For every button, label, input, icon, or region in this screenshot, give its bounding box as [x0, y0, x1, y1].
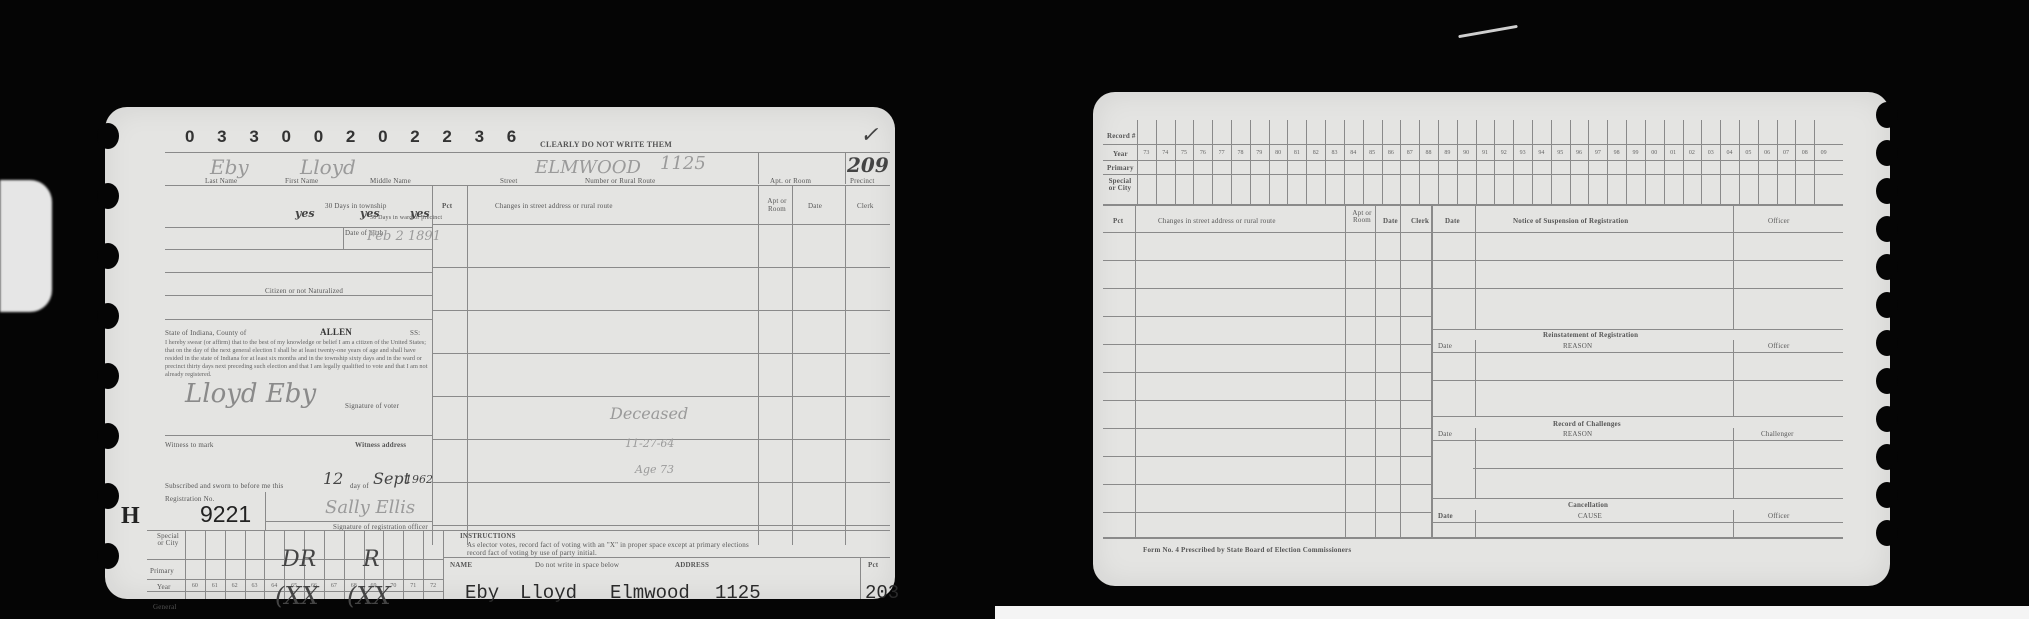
- back-changes-header-date: Date: [1383, 217, 1398, 225]
- punch-hole: [1876, 140, 1898, 166]
- general-mark-67-68: (XX: [347, 582, 391, 610]
- subscribed-day: 12: [323, 469, 343, 488]
- voter-signature: Lloyd Eby: [185, 379, 316, 409]
- reinstatement-header-officer: Officer: [1768, 342, 1789, 350]
- vote-row-year: Year: [157, 583, 171, 591]
- back-year-84: 84: [1344, 150, 1363, 156]
- back-year-98: 98: [1607, 150, 1626, 156]
- grid-row-record: Record #: [1107, 132, 1136, 140]
- grid-row-primary: Primary: [1107, 164, 1134, 172]
- challenges-title: Record of Challenges: [1553, 420, 1621, 428]
- changes-note-age: Age 73: [635, 463, 674, 476]
- suspension-header-date: Date: [1445, 217, 1460, 225]
- vote-row-primary: Primary: [150, 567, 174, 575]
- instructions-line2: record fact of voting by use of party in…: [467, 549, 597, 557]
- punch-hole: [97, 183, 119, 209]
- reinstatement-header-reason: REASON: [1563, 342, 1592, 350]
- voting-year-67: 67: [324, 583, 344, 589]
- punch-hole: [97, 543, 119, 569]
- general-mark-63-64: (XX: [275, 582, 319, 610]
- back-changes-header-address: Changes in street address or rural route: [1158, 217, 1276, 225]
- label-day-of: day of: [350, 482, 369, 490]
- back-year-83: 83: [1325, 150, 1344, 156]
- subscribed-year: 1962: [405, 473, 433, 486]
- back-year-95: 95: [1551, 150, 1570, 156]
- primary-mark-63: DR: [282, 547, 316, 572]
- footer-last-name: Eby: [465, 582, 499, 604]
- back-year-09: 09: [1814, 150, 1833, 156]
- viewer-bottom-strip: [995, 606, 2029, 619]
- back-year-91: 91: [1476, 150, 1495, 156]
- residence-answer-state: yes: [295, 207, 315, 220]
- footer-number: 1125: [715, 582, 761, 604]
- last-name-value: Eby: [210, 155, 249, 179]
- back-changes-header-pct: Pct: [1113, 217, 1123, 225]
- punch-hole: [97, 303, 119, 329]
- precinct-value: 209: [847, 153, 889, 177]
- back-year-02: 02: [1683, 150, 1702, 156]
- voting-year-71: 71: [403, 583, 423, 589]
- header-instruction: CLEARLY DO NOT WRITE THEM: [540, 140, 672, 149]
- registration-prefix: H: [121, 503, 140, 530]
- punch-hole: [1876, 406, 1898, 432]
- back-year-07: 07: [1777, 150, 1796, 156]
- cancellation-header-cause: CAUSE: [1578, 512, 1602, 520]
- punch-hole: [97, 123, 119, 149]
- back-year-90: 90: [1457, 150, 1476, 156]
- challenges-header-reason: REASON: [1563, 430, 1592, 438]
- back-year-89: 89: [1438, 150, 1457, 156]
- punch-hole: [97, 243, 119, 269]
- footer-label-pct: Pct: [868, 561, 878, 569]
- primary-mark-68: R: [363, 547, 380, 572]
- punch-hole: [1876, 482, 1898, 508]
- label-witness-address: Witness address: [355, 441, 406, 449]
- back-year-05: 05: [1739, 150, 1758, 156]
- card-serial-number: 0 3 3 0 0 2 0 2 2 3 6: [185, 127, 525, 147]
- punch-hole: [97, 363, 119, 389]
- back-year-87: 87: [1400, 150, 1419, 156]
- back-year-75: 75: [1175, 150, 1194, 156]
- punch-hole: [1876, 178, 1898, 204]
- form-footer: Form No. 4 Prescribed by State Board of …: [1143, 546, 1351, 554]
- footer-first-name: Lloyd: [520, 582, 577, 604]
- cancellation-title: Cancellation: [1568, 501, 1608, 509]
- back-year-08: 08: [1795, 150, 1814, 156]
- number-value: 1125: [660, 153, 706, 174]
- registration-number: 9221: [200, 501, 251, 528]
- footer-street: Elmwood: [610, 582, 690, 604]
- changes-note-date: 11-27-64: [625, 437, 674, 450]
- back-year-73: 73: [1137, 150, 1156, 156]
- label-subscribed: Subscribed and sworn to before me this: [165, 482, 283, 490]
- back-year-93: 93: [1513, 150, 1532, 156]
- changes-header-date: Date: [808, 202, 822, 210]
- label-street: Street: [500, 177, 518, 185]
- label-naturalized: Citizen or not Naturalized: [265, 287, 343, 295]
- adjacent-card-fragment: [0, 180, 52, 312]
- suspension-header-officer: Officer: [1768, 217, 1789, 225]
- voting-year-60: 60: [185, 583, 205, 589]
- suspension-header-notice: Notice of Suspension of Registration: [1513, 217, 1628, 225]
- back-year-03: 03: [1701, 150, 1720, 156]
- back-year-85: 85: [1363, 150, 1382, 156]
- punch-hole: [1876, 444, 1898, 470]
- back-year-74: 74: [1156, 150, 1175, 156]
- back-year-00: 00: [1645, 150, 1664, 156]
- reinstatement-title: Reinstatement of Registration: [1543, 331, 1638, 339]
- voting-year-61: 61: [205, 583, 225, 589]
- punch-hole: [1876, 254, 1898, 280]
- footer-label-address: ADDRESS: [675, 561, 709, 569]
- street-value: ELMWOOD: [535, 157, 641, 178]
- back-year-77: 77: [1212, 150, 1231, 156]
- back-year-96: 96: [1570, 150, 1589, 156]
- back-year-78: 78: [1231, 150, 1250, 156]
- film-scratch: [1458, 25, 1518, 38]
- changes-header-pct: Pct: [442, 202, 452, 210]
- label-signature-voter: Signature of voter: [345, 402, 399, 410]
- back-year-99: 99: [1626, 150, 1645, 156]
- back-year-81: 81: [1287, 150, 1306, 156]
- oath-ss: SS:: [410, 329, 420, 337]
- back-year-79: 79: [1250, 150, 1269, 156]
- punch-hole: [1876, 368, 1898, 394]
- changes-header-address: Changes in street address or rural route: [495, 202, 613, 210]
- back-year-06: 06: [1758, 150, 1777, 156]
- challenges-header-challenger: Challenger: [1761, 430, 1794, 438]
- punch-hole: [1876, 292, 1898, 318]
- label-apt: Apt. or Room: [770, 177, 811, 185]
- grid-row-special: Special or City: [1107, 178, 1133, 192]
- vote-row-special: Special or City: [155, 533, 181, 547]
- punch-hole: [1876, 330, 1898, 356]
- back-year-88: 88: [1419, 150, 1438, 156]
- date-of-birth-value: Feb 2 1891: [367, 229, 441, 244]
- registration-card-back: Record # Year Primary Special or City 73…: [1093, 92, 1890, 586]
- back-year-01: 01: [1664, 150, 1683, 156]
- label-first-name: First Name: [285, 177, 318, 185]
- back-changes-header-apt: Apt or Room: [1351, 210, 1373, 224]
- instructions-line1: As elector votes, record fact of voting …: [467, 541, 749, 549]
- instructions-title: INSTRUCTIONS: [460, 532, 516, 540]
- residence-answer-ward: yes: [410, 207, 430, 220]
- changes-note-deceased: Deceased: [610, 404, 688, 423]
- cancellation-header-date: Date: [1438, 512, 1453, 520]
- back-year-94: 94: [1532, 150, 1551, 156]
- officer-signature: Sally Ellis: [325, 497, 415, 518]
- voting-year-62: 62: [225, 583, 245, 589]
- reinstatement-header-date: Date: [1438, 342, 1452, 350]
- label-precinct: Precinct: [850, 177, 875, 185]
- back-changes-header-clerk: Clerk: [1411, 217, 1429, 225]
- back-year-76: 76: [1193, 150, 1212, 156]
- label-middle-name: Middle Name: [370, 177, 411, 185]
- punch-hole: [97, 423, 119, 449]
- punch-hole: [1876, 216, 1898, 242]
- changes-header-apt: Apt or Room: [763, 197, 791, 213]
- vote-row-general: General: [153, 603, 177, 611]
- county-value: ALLEN: [320, 327, 352, 337]
- registration-card-front: 0 3 3 0 0 2 0 2 2 3 6 CLEARLY DO NOT WRI…: [105, 107, 895, 599]
- label-last-name: Last Name: [205, 177, 237, 185]
- footer-label-do-not-write: Do not write in space below: [535, 561, 619, 569]
- back-year-97: 97: [1588, 150, 1607, 156]
- oath-text: I hereby swear (or affirm) that to the b…: [165, 339, 430, 379]
- back-year-04: 04: [1720, 150, 1739, 156]
- voting-year-63: 63: [245, 583, 265, 589]
- challenges-header-date: Date: [1438, 430, 1452, 438]
- punch-hole: [1876, 520, 1898, 546]
- back-year-86: 86: [1382, 150, 1401, 156]
- back-year-82: 82: [1306, 150, 1325, 156]
- oath-county-label: State of Indiana, County of: [165, 329, 246, 337]
- label-number: Number or Rural Route: [585, 177, 656, 185]
- cancellation-header-officer: Officer: [1768, 512, 1789, 520]
- label-ward: 30 Days in ward or precinct: [370, 215, 442, 221]
- grid-row-year: Year: [1113, 150, 1128, 158]
- back-year-92: 92: [1494, 150, 1513, 156]
- punch-hole: [97, 483, 119, 509]
- voting-year-72: 72: [423, 583, 443, 589]
- changes-header-clerk: Clerk: [857, 202, 874, 210]
- footer-label-name: NAME: [450, 561, 472, 569]
- back-year-80: 80: [1269, 150, 1288, 156]
- punch-hole: [1876, 102, 1898, 128]
- first-name-value: Lloyd: [300, 155, 356, 179]
- footer-pct: 203: [865, 582, 899, 604]
- check-mark-icon: ✓: [860, 123, 878, 148]
- label-witness-mark: Witness to mark: [165, 441, 214, 449]
